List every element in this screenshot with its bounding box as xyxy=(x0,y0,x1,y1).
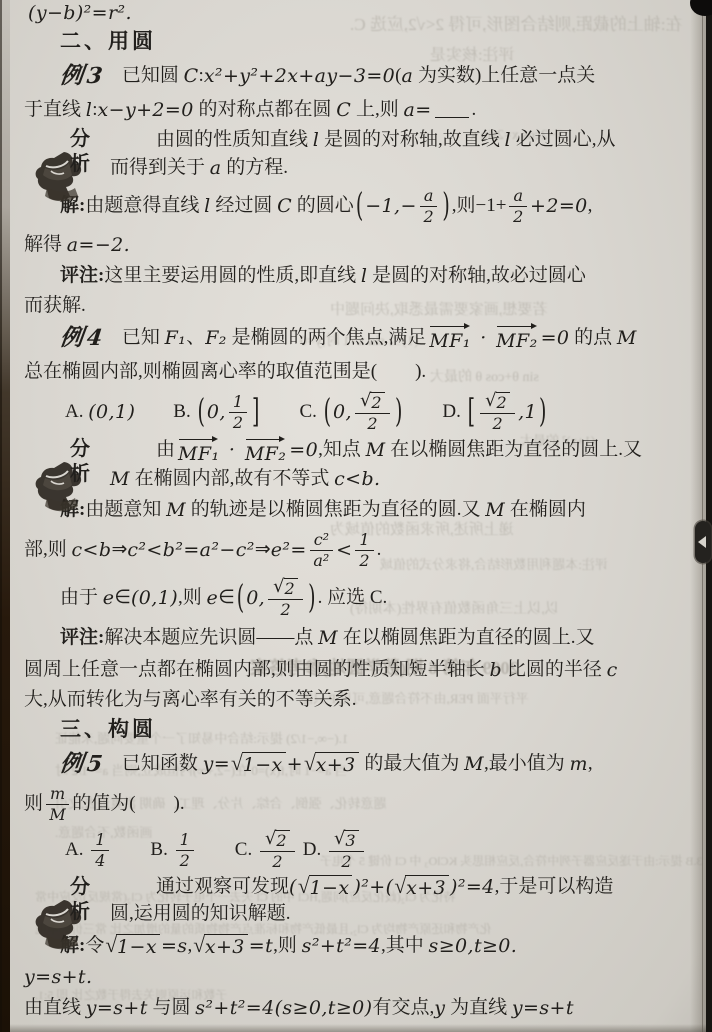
radicand: 1−x xyxy=(242,752,286,777)
text-run: 三、构圆 xyxy=(60,717,156,742)
vector-term: MF₂ xyxy=(245,436,286,466)
big-paren: ( xyxy=(237,579,244,618)
denominator: 2 xyxy=(513,207,523,226)
analysis-label-char: 析 xyxy=(70,462,90,487)
math-run: s≥0,t≥0. xyxy=(429,935,518,958)
spine-shade xyxy=(690,0,706,1032)
text-run: 二、用圆 xyxy=(60,29,156,54)
math-run: )²=4 xyxy=(450,876,495,899)
math-run: +2=0 xyxy=(530,195,588,218)
example-label: 例3 xyxy=(58,62,108,90)
math-run: x−y+2=0 xyxy=(98,99,194,122)
math-run: e xyxy=(207,587,219,610)
text-run: 必过圆心,从 xyxy=(511,129,616,152)
math-run: =0 xyxy=(541,327,570,350)
text-run: . xyxy=(472,99,477,122)
math-run: 0, xyxy=(207,401,226,424)
math-run: M xyxy=(617,327,637,350)
vector-text: MF₂ xyxy=(245,443,286,465)
math-run: ,1 xyxy=(518,401,537,424)
denominator: 2 xyxy=(233,413,243,432)
sqrt-term: √x+3 xyxy=(394,875,449,900)
analysis-label-char: 分 xyxy=(70,437,90,462)
analysis-text: 由圆的性质知直线 l 是圆的对称轴,故直线 l 必过圆心,从而得到关于 a 的方… xyxy=(110,126,698,182)
text-run: C. xyxy=(197,839,257,862)
analysis-text: 由MF₁ · MF₂=0,知点 M 在以椭圆焦距为直径的圆上.又M 在椭圆内部,… xyxy=(110,436,698,494)
math-run: C xyxy=(336,99,351,122)
section-heading-3: 三、构圆 xyxy=(10,714,698,746)
vector-term: MF₂ xyxy=(496,323,537,353)
vector-arrow-icon xyxy=(430,326,463,327)
math-run: (0,1) xyxy=(88,401,135,424)
fraction: 12 xyxy=(229,393,247,432)
text-run: ,知点 xyxy=(318,439,366,462)
text-run: ,则 xyxy=(178,587,207,610)
math-run: c<b xyxy=(72,539,112,562)
ex4-note-line2: 圆周上任意一点都在椭圆内部,则由圆的性质知短半轴长 b 比圆的半径 c xyxy=(10,654,698,686)
radicand: 2 xyxy=(284,578,299,598)
math-run: a=−2. xyxy=(67,234,130,257)
text-run: 部,则 xyxy=(24,539,72,562)
text-run: 大,从而转化为与离心率有关的不等关系. xyxy=(24,689,357,712)
sqrt-term: √2 xyxy=(265,830,290,850)
radicand: 3 xyxy=(344,830,359,850)
analysis-label: 分析 xyxy=(70,875,90,925)
spine-line xyxy=(702,0,704,1032)
sqrt-term: √1−x xyxy=(298,875,353,900)
text-run: 这里主要运用圆的性质,即直线 xyxy=(104,265,361,288)
analysis-label-char: 分 xyxy=(70,127,90,152)
analysis-text-line: 由MF₁ · MF₂=0,知点 M 在以椭圆焦距为直径的圆上.又 xyxy=(110,436,698,465)
numerator: √2 xyxy=(480,392,515,414)
text-run: 的值为( ). xyxy=(72,793,184,816)
example-label: 例4 xyxy=(58,324,108,352)
ex4-note-line1: 评注:解决本题应先识圆——点 M 在以椭圆焦距为直径的圆上.又 xyxy=(10,622,698,654)
math-run: 0, xyxy=(246,587,265,610)
numerator: a xyxy=(420,187,438,207)
fraction: √22 xyxy=(260,830,295,871)
example-char: 例 xyxy=(58,750,88,778)
analyst-figure-icon xyxy=(16,438,68,494)
analyst-figure-icon xyxy=(16,128,68,184)
ex5-statement-line2: 则mM的值为( ). xyxy=(10,782,698,826)
fraction: 14 xyxy=(91,831,109,870)
numerator: m xyxy=(46,785,69,805)
text-run: 在椭圆内部,故有不等式 xyxy=(130,468,334,491)
text-run: 解决本题应先识圆——点 xyxy=(104,627,318,650)
text-run: 总在椭圆内部,则椭圆离心率的取值范围是( ). xyxy=(24,361,426,384)
big-paren: ( xyxy=(324,393,331,432)
big-paren: [ xyxy=(468,393,475,432)
text-run: 通过观察可发现 xyxy=(156,876,289,899)
text-run: , xyxy=(588,753,593,776)
fraction: √22 xyxy=(268,578,303,619)
text-run: 已知函数 xyxy=(112,753,202,776)
radicand: x+3 xyxy=(204,934,248,959)
text-run: 圆周上任意一点都在椭圆内部,则由圆的性质知短半轴长 xyxy=(24,659,490,682)
denominator: 4 xyxy=(95,851,105,870)
text-run: 由 xyxy=(156,439,175,462)
ex3-statement-line1: 例3 已知圆 C:x²+y²+2x+ay−3=0(a 为实数)上任意一点关 xyxy=(10,58,698,94)
math-run: c<b. xyxy=(334,468,380,491)
big-paren: ) xyxy=(395,393,402,432)
math-run: m xyxy=(569,753,587,776)
section-heading-2: 二、用圆 xyxy=(10,26,698,58)
math-run: · xyxy=(474,327,493,350)
math-run: F₁ xyxy=(165,327,187,350)
text-run: B. xyxy=(112,839,172,862)
analysis-text-line: 由圆的性质知直线 l 是圆的对称轴,故直线 l 必过圆心,从 xyxy=(110,126,698,154)
fraction: mM xyxy=(46,785,69,824)
text-run: ,则−1+ xyxy=(452,195,507,218)
text-run: D. xyxy=(298,839,326,862)
ex4-choices: A. (0,1) B. (0,12] C. (0,√22) D. [√22,1) xyxy=(10,388,698,436)
vector-text: MF₁ xyxy=(178,443,219,465)
ex5-solution-line1: 解:令√1−x=s,√x+3=t,则 s²+t²=4,其中 s≥0,t≥0. xyxy=(10,928,698,964)
math-run: < xyxy=(336,539,352,562)
ex4-note-line3: 大,从而转化为与离心率有关的不等关系. xyxy=(10,686,698,714)
big-paren: ) xyxy=(442,187,449,226)
page-right-edge xyxy=(706,0,712,1032)
text-run: 解得 xyxy=(24,234,67,257)
text-run: 、 xyxy=(186,327,205,350)
ex3-statement-line2: 于直线 l:x−y+2=0 的对称点都在圆 C 上,则 a=. xyxy=(10,94,698,126)
denominator: 2 xyxy=(341,852,351,871)
math-run: y xyxy=(434,997,445,1020)
analysis-text-line: 通过观察可发现(√1−x)²+(√x+3)²=4,于是可以构造 xyxy=(110,874,698,901)
fraction: √32 xyxy=(329,830,364,871)
math-run: F₂ xyxy=(205,327,227,350)
sqrt-term: √2 xyxy=(360,392,385,412)
text-run: 比圆的半径 xyxy=(502,659,607,682)
radicand: x+3 xyxy=(315,752,359,777)
sqrt-term: √1−x xyxy=(105,934,160,959)
text-run: 已知圆 xyxy=(112,65,183,88)
text-run: 则 xyxy=(24,793,43,816)
denominator: 2 xyxy=(423,207,433,226)
ex4-analysis: 分析由MF₁ · MF₂=0,知点 M 在以椭圆焦距为直径的圆上.又M 在椭圆内… xyxy=(10,436,698,494)
text-run: 有交点, xyxy=(372,997,434,1020)
analysis-text-line: M 在椭圆内部,故有不等式 c<b. xyxy=(110,465,698,494)
radicand: x+3 xyxy=(405,875,449,900)
text-run: 由题意知 xyxy=(85,499,166,522)
numerator: √2 xyxy=(355,392,390,414)
text-run: 由于 xyxy=(60,587,103,610)
analysis-label-char: 析 xyxy=(70,900,90,925)
big-paren: ( xyxy=(197,393,204,432)
math-run: y=s+t xyxy=(512,997,574,1020)
math-run: −1,− xyxy=(365,195,417,218)
radicand: 2 xyxy=(496,392,511,412)
text-run: 于直线 xyxy=(24,99,86,122)
text-run: 令 xyxy=(85,935,104,958)
ex4-solution-line1: 解:由题意知 M 的轨迹是以椭圆焦距为直径的圆.又 M 在椭圆内 xyxy=(10,494,698,526)
vector-arrow-icon xyxy=(179,439,212,440)
math-run: =t xyxy=(249,935,273,958)
math-run: (0,1) xyxy=(131,587,178,610)
analysis-label: 分析 xyxy=(70,437,90,487)
math-run: y=s+t xyxy=(86,997,148,1020)
text-run: ,最小值为 xyxy=(484,753,570,776)
text-run: ⇒ xyxy=(255,539,271,562)
formula-prev-line: (y−b)²=r². xyxy=(10,0,698,26)
text-run: 的点 xyxy=(569,327,617,350)
ex4-statement-line2: 总在椭圆内部,则椭圆离心率的取值范围是( ). xyxy=(10,356,698,388)
text-run: A. xyxy=(65,839,88,862)
text-run: 由题意得直线 xyxy=(85,195,204,218)
math-run: C xyxy=(277,195,292,218)
analysis-text-line: 圆,运用圆的知识解题. xyxy=(110,901,698,928)
example-number: 3 xyxy=(85,63,108,89)
numerator: √3 xyxy=(329,830,364,852)
big-paren: ] xyxy=(252,393,259,432)
math-run: M xyxy=(366,439,386,462)
ex5-solution-line2: y=s+t. xyxy=(10,964,698,990)
math-run: M xyxy=(318,627,338,650)
radicand: 1−x xyxy=(116,934,160,959)
text-run: D. xyxy=(404,401,465,424)
denominator: 2 xyxy=(359,551,369,570)
radicand: 1−x xyxy=(309,875,353,900)
math-run: 0, xyxy=(333,401,352,424)
text-run: 的方程. xyxy=(222,157,289,180)
ex4-solution-line3: 由于 e∈(0,1),则 e∈(0,√22). 应选 C. xyxy=(10,574,698,622)
numerator: a xyxy=(509,187,527,207)
analysis-label-char: 分 xyxy=(70,875,90,900)
math-run: e xyxy=(103,587,115,610)
text-run: . xyxy=(377,539,382,562)
text-run: 的最大值为 xyxy=(360,753,465,776)
ex5-statement-line1: 例5 已知函数 y=√1−x+√x+3 的最大值为 M,最小值为 m, xyxy=(10,746,698,782)
math-run: y= xyxy=(203,753,230,776)
denominator: 2 xyxy=(272,852,282,871)
fraction: a2 xyxy=(509,187,527,226)
page-back-arrow-icon[interactable] xyxy=(695,521,711,563)
text-run: 的轨迹是以椭圆焦距为直径的圆.又 xyxy=(186,499,485,522)
page-bottom-shadow xyxy=(0,1024,712,1032)
fraction: 12 xyxy=(355,531,373,570)
math-run: M xyxy=(485,499,505,522)
bold-label: 评注: xyxy=(60,627,104,650)
vector-arrow-icon xyxy=(246,439,279,440)
fraction: 12 xyxy=(176,831,194,870)
denominator: M xyxy=(49,805,65,824)
text-run: . 应选 C. xyxy=(318,587,388,610)
bold-label: 评注: xyxy=(60,265,104,288)
denominator: 2 xyxy=(281,600,291,619)
sqrt-term: √3 xyxy=(334,830,359,850)
text-run: ∈ xyxy=(218,587,235,610)
analysis-text: 通过观察可发现(√1−x)²+(√x+3)²=4,于是可以构造圆,运用圆的知识解… xyxy=(110,874,698,928)
example-char: 例 xyxy=(58,324,88,352)
numerator: 1 xyxy=(91,831,109,851)
numerator: 1 xyxy=(176,831,194,851)
text-run: 是圆的对称轴,故直线 xyxy=(319,129,504,152)
numerator: c² xyxy=(310,531,333,551)
ex4-solution-line2: 部,则 c<b⇒c²<b²=a²−c²⇒e²=c²a²<12. xyxy=(10,526,698,574)
text-run: A. xyxy=(65,401,88,424)
analyst-figure-icon xyxy=(16,876,68,932)
ex3-analysis: 分析由圆的性质知直线 l 是圆的对称轴,故直线 l 必过圆心,从而得到关于 a … xyxy=(10,126,698,182)
math-run: =0 xyxy=(289,439,318,462)
text-run: 是圆的对称轴,故必过圆心 xyxy=(367,265,586,288)
big-paren: ( xyxy=(356,187,363,226)
analysis-label-char: 析 xyxy=(70,152,90,177)
math-run: a xyxy=(403,99,415,122)
math-run: y=s+t. xyxy=(24,966,92,989)
denominator: 2 xyxy=(492,414,502,433)
fraction: √22 xyxy=(480,392,515,433)
ex3-note-line2: 而获解. xyxy=(10,292,698,320)
math-run: ( xyxy=(289,876,297,899)
text-run: 为直线 xyxy=(445,997,512,1020)
math-run: (y−b)²=r². xyxy=(28,2,132,25)
math-run: a xyxy=(401,65,413,88)
ex5-analysis: 分析通过观察可发现(√1−x)²+(√x+3)²=4,于是可以构造圆,运用圆的知… xyxy=(10,874,698,928)
text-run: , xyxy=(187,935,192,958)
math-run: M xyxy=(464,753,484,776)
ex5-solution-line3: 由直线 y=s+t 与圆 s²+t²=4(s≥0,t≥0)有交点,y 为直线 y… xyxy=(10,990,698,1026)
math-run: )²+( xyxy=(353,876,393,899)
page-left-edge-line xyxy=(0,0,2,1032)
math-run: b xyxy=(490,659,503,682)
numerator: √2 xyxy=(260,830,295,852)
math-run: + xyxy=(287,753,303,776)
radicand: 2 xyxy=(275,830,290,850)
text-run: 而得到关于 xyxy=(110,157,210,180)
text-run: 的对称点都在圆 xyxy=(194,99,337,122)
math-run: s²+t²=4 xyxy=(302,935,381,958)
example-number: 4 xyxy=(85,325,108,351)
text-run: 圆,运用圆的知识解题. xyxy=(110,903,291,926)
denominator: 2 xyxy=(367,414,377,433)
text-run: 而获解. xyxy=(24,295,86,318)
math-run: c xyxy=(607,659,618,682)
text-run: C. xyxy=(261,401,321,424)
ex3-note-line1: 评注:这里主要运用圆的性质,即直线 l 是圆的对称轴,故必过圆心 xyxy=(10,260,698,292)
math-run: c²<b²=a²−c² xyxy=(127,539,254,562)
math-run: M xyxy=(110,468,130,491)
vector-term: MF₁ xyxy=(178,436,219,466)
math-run: e²= xyxy=(271,539,307,562)
math-run: x²+y²+2x+ay−3=0 xyxy=(204,65,395,88)
numerator: 1 xyxy=(229,393,247,413)
math-run: =s xyxy=(161,935,187,958)
text-run: ∈ xyxy=(114,587,131,610)
text-run: , xyxy=(588,195,593,218)
math-run: = xyxy=(415,99,431,122)
text-run: ,于是可以构造 xyxy=(495,876,614,899)
radicand: 2 xyxy=(370,392,385,412)
text-run: 上,则 xyxy=(351,99,403,122)
math-run: M xyxy=(166,499,186,522)
example-label: 例5 xyxy=(58,750,108,778)
analysis-text-line: 而得到关于 a 的方程. xyxy=(110,154,698,182)
math-run: · xyxy=(222,439,241,462)
text-run: 经过圆 xyxy=(211,195,278,218)
text-run: ,其中 xyxy=(381,935,429,958)
math-run: s²+t²=4(s≥0,t≥0) xyxy=(195,997,372,1020)
big-paren: ) xyxy=(308,579,315,618)
math-run: C xyxy=(184,65,199,88)
vector-term: MF₁ xyxy=(429,323,470,353)
fraction: a2 xyxy=(420,187,438,226)
math-run: a xyxy=(210,157,222,180)
text-run: 为实数)上任意一点关 xyxy=(413,65,595,88)
sqrt-term: √2 xyxy=(273,578,298,598)
sqrt-term: √x+3 xyxy=(304,752,359,777)
text-run: 是椭圆的两个焦点,满足 xyxy=(227,327,427,350)
denominator: a² xyxy=(313,551,329,570)
sqrt-term: √x+3 xyxy=(193,934,248,959)
numerator: 1 xyxy=(355,531,373,551)
page-content: (y−b)²=r².二、用圆例3 已知圆 C:x²+y²+2x+ay−3=0(a… xyxy=(10,0,698,1026)
text-run: 与圆 xyxy=(148,997,196,1020)
text-run: 在以椭圆焦距为直径的圆上.又 xyxy=(385,439,642,462)
vector-text: MF₁ xyxy=(429,330,470,352)
text-run: B. xyxy=(135,401,195,424)
ex5-choices: A. 14 B. 12 C. √22 D. √32 xyxy=(10,826,698,874)
scanned-textbook-page: 在:轴上的截距,则结合图形,可得 2<√2,应选 C.评注:核实是3−2cos … xyxy=(0,0,712,1032)
ex4-statement-line1: 例4 已知 F₁、F₂ 是椭圆的两个焦点,满足MF₁ · MF₂=0 的点 M xyxy=(10,320,698,356)
text-run: ⇒ xyxy=(111,539,127,562)
text-run: ,则 xyxy=(273,935,302,958)
text-run: 的圆心 xyxy=(292,195,354,218)
text-run: 由直线 xyxy=(24,997,86,1020)
sqrt-term: √1−x xyxy=(231,752,286,777)
vector-text: MF₂ xyxy=(496,330,537,352)
sqrt-term: √2 xyxy=(485,392,510,412)
text-run: 已知 xyxy=(112,327,164,350)
analysis-label: 分析 xyxy=(70,127,90,177)
example-char: 例 xyxy=(58,62,88,90)
fraction: c²a² xyxy=(310,531,333,570)
denominator: 2 xyxy=(180,851,190,870)
text-run: 由圆的性质知直线 xyxy=(156,129,313,152)
fraction: √22 xyxy=(355,392,390,433)
answer-blank xyxy=(435,102,469,118)
ex3-solution-line2: 解得 a=−2. xyxy=(10,230,698,260)
ex3-solution-line1: 解:由题意得直线 l 经过圆 C 的圆心(−1,−a2),则−1+a2+2=0, xyxy=(10,182,698,230)
vector-arrow-icon xyxy=(497,326,530,327)
big-paren: ) xyxy=(539,393,546,432)
arrow-triangle xyxy=(698,536,706,548)
numerator: √2 xyxy=(268,578,303,600)
text-run: 在以椭圆焦距为直径的圆上.又 xyxy=(338,627,595,650)
example-number: 5 xyxy=(85,751,108,777)
text-run: 在椭圆内 xyxy=(505,499,586,522)
